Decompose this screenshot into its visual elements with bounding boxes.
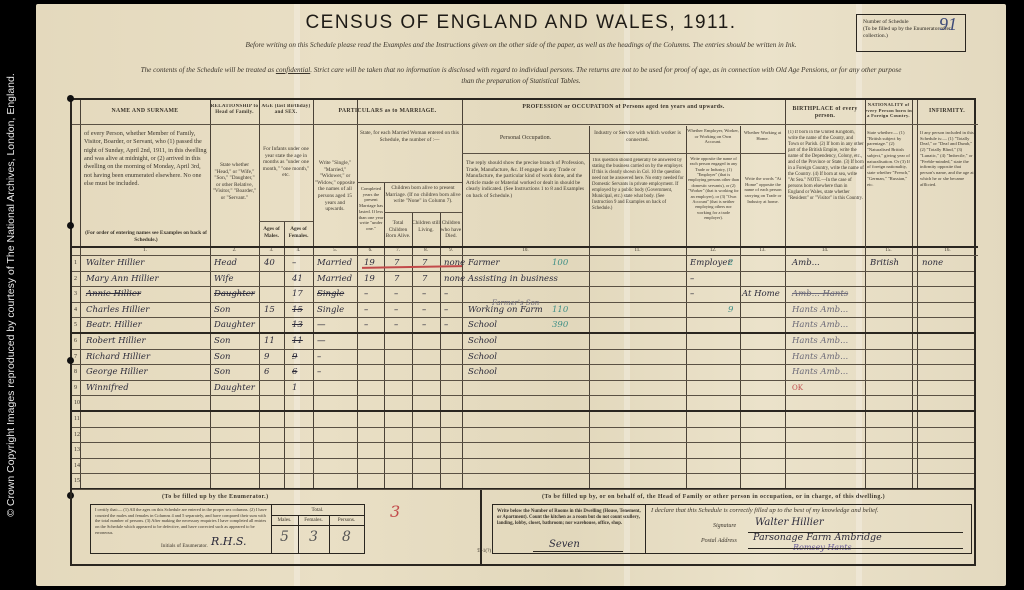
header-personal-desc: The reply should show the precise branch…: [466, 160, 586, 200]
header-age-desc: For Infants under one year state the age…: [261, 146, 311, 179]
row-number: 8: [74, 369, 77, 375]
enumerator-initials: R.H.S.: [211, 535, 247, 548]
header-at-home-desc: Write the words "At Home" opposite the n…: [742, 176, 784, 204]
row-number: 1: [74, 260, 77, 266]
row-number: 5: [74, 322, 77, 328]
row-number: 12: [74, 432, 80, 438]
enumerator-box: I certify that:— (1) All the ages on thi…: [90, 504, 365, 554]
table-row: 15: [72, 474, 974, 490]
punch-hole: [67, 222, 74, 229]
age-female-cell: 1: [292, 379, 297, 397]
schedule-number: 91: [939, 13, 957, 36]
total-females: 3: [298, 529, 329, 545]
header-have-died: Children who have Died.: [440, 220, 462, 240]
enumerator-certification: I certify that:— (1) All the ages on thi…: [95, 507, 271, 536]
employer-cell: –: [690, 285, 694, 303]
occupation-cell: School: [468, 363, 497, 381]
row-number: 3: [74, 291, 77, 297]
age-male-cell: 40: [264, 254, 275, 272]
bottom-section: (To be filled up by the Enumerator.) I c…: [70, 490, 976, 566]
header-name: NAME AND SURNAME: [80, 108, 210, 115]
table-row: 14: [72, 459, 974, 475]
table-row: 8George HillierSon66–SchoolHants Amb...: [72, 365, 974, 381]
children-born-cell: –: [394, 316, 398, 334]
birthplace-cell: OK: [792, 379, 803, 397]
header-relationship: RELATIONSHIP to Head of Family.: [210, 104, 259, 117]
row-number: 7: [74, 354, 77, 360]
red-mark: 3: [390, 502, 400, 521]
household-table: NAME AND SURNAME of every Person, whethe…: [70, 98, 976, 490]
punch-hole: [67, 95, 74, 102]
header-children-born: Children born alive to present Marriage.…: [385, 185, 461, 205]
header-age: AGE (last Birthday) and SEX.: [259, 104, 313, 117]
header-marital-desc: Write "Single," "Married," "Widower," or…: [315, 160, 355, 213]
schedule-number-box: Number of Schedule (To be filled up by t…: [856, 14, 966, 52]
employer-cell: Employer: [690, 254, 731, 272]
employer-code-cell: 9: [728, 301, 733, 319]
row-number: 11: [74, 416, 80, 422]
at-home-cell: At Home: [742, 285, 780, 303]
total-persons: 8: [329, 529, 364, 545]
row-number: 4: [74, 307, 77, 313]
head-box: Write below the Number of Rooms in this …: [492, 504, 972, 554]
table-row: 13: [72, 443, 974, 459]
header-name-note: (For order of entering names see Example…: [84, 230, 208, 243]
row-number: 13: [74, 447, 80, 453]
header-total-born: Total Children Born Alive.: [384, 220, 412, 240]
age-male-cell: 15: [264, 301, 275, 319]
header-personal-occupation: Personal Occupation.: [464, 135, 587, 143]
table-row: 11: [72, 412, 974, 428]
header-age-females: Ages of Females.: [284, 226, 313, 239]
header-nationality: NATIONALITY of every Person born in a Fo…: [865, 102, 912, 119]
row-number: 14: [74, 463, 80, 469]
marital-cell: –: [317, 363, 321, 381]
header-name-desc: of every Person, whether Member of Famil…: [84, 130, 208, 189]
birthplace-cell: Amb...: [792, 254, 820, 272]
years-married-cell: –: [364, 316, 368, 334]
punch-hole: [67, 357, 74, 364]
rooms-instruction: Write below the Number of Rooms in this …: [497, 509, 641, 528]
nationality-cell: British: [870, 254, 899, 272]
row-number: 2: [74, 276, 77, 282]
header-still-living: Children still Living.: [412, 220, 440, 233]
header-industry: Industry or Service with which worker is…: [591, 130, 684, 143]
header-marriage: PARTICULARS as to MARRIAGE.: [313, 108, 462, 115]
total-males: 5: [271, 529, 298, 545]
header-age-males: Ages of Males.: [259, 226, 284, 239]
occupation-annotation: Farmer's Son: [492, 294, 539, 312]
header-birthplace: BIRTHPLACE of every person.: [785, 106, 865, 120]
row-number: 6: [74, 338, 77, 344]
header-infirmity-desc: If any person included in this Schedule …: [920, 130, 976, 187]
header-employer-desc: Write opposite the name of each person e…: [688, 156, 739, 220]
header-employer: Whether Employer, Worker, or Working on …: [687, 128, 739, 145]
header-married-woman: State, for each Married Woman entered on…: [359, 130, 460, 143]
header-industry-desc: This question should generally be answer…: [592, 158, 684, 212]
rooms-count: Seven: [549, 539, 580, 550]
household-rows: 1Walter HillierHead40–Married1977noneFar…: [72, 256, 974, 490]
children-died-cell: –: [444, 316, 448, 334]
postal-address: Parsonage Farm Ambridge: [753, 532, 882, 543]
age-male-cell: 6: [264, 363, 269, 381]
relationship-cell: Daughter: [214, 379, 255, 397]
row-number: 15: [74, 478, 80, 484]
header-at-home: Whether Working at Home.: [741, 130, 784, 141]
row-number: 10: [74, 400, 80, 406]
infirmity-cell: none: [922, 254, 943, 272]
copyright-notice: © Crown Copyright Images reproduced by c…: [0, 0, 22, 590]
children-living-cell: –: [422, 316, 426, 334]
occupation-cell: Assisting in business: [468, 270, 558, 288]
table-row: 12: [72, 428, 974, 444]
signature: Walter Hillier: [755, 517, 824, 528]
head-section-label: (To be filled up by, or on behalf of, th…: [542, 494, 885, 500]
declaration: I declare that this Schedule is correctl…: [651, 507, 879, 515]
occupation-code-cell: 390: [552, 316, 568, 334]
table-row: 9WinnifredDaughter1OK: [72, 381, 974, 397]
instruction-line: Before writing on this Schedule please r…: [66, 41, 976, 49]
header-birthplace-desc: (1) If born in the United Kingdom, write…: [788, 130, 864, 202]
confidentiality-notice-line2: than the preparation of Statistical Tabl…: [66, 77, 976, 85]
row-number: 9: [74, 385, 77, 391]
name-cell: Winnifred: [86, 379, 129, 397]
table-row: 10: [72, 396, 974, 412]
confidentiality-notice: The contents of the Schedule will be tre…: [66, 66, 976, 74]
enumerator-label: (To be filled up by the Enumerator.): [162, 494, 268, 500]
header-completed-years: Completed years the present Marriage has…: [358, 186, 384, 232]
header-profession: PROFESSION or OCCUPATION of Persons aged…: [462, 104, 785, 111]
census-schedule: CENSUS OF ENGLAND AND WALES, 1911. Befor…: [36, 4, 1006, 586]
header-nationality-desc: State whether:— (1) "British subject by …: [867, 130, 911, 187]
employer-code-cell: 2: [728, 254, 733, 272]
header-infirmity: INFIRMITY.: [918, 108, 976, 115]
header-relationship-desc: State whether "Head," or "Wife," "Son," …: [212, 162, 257, 202]
